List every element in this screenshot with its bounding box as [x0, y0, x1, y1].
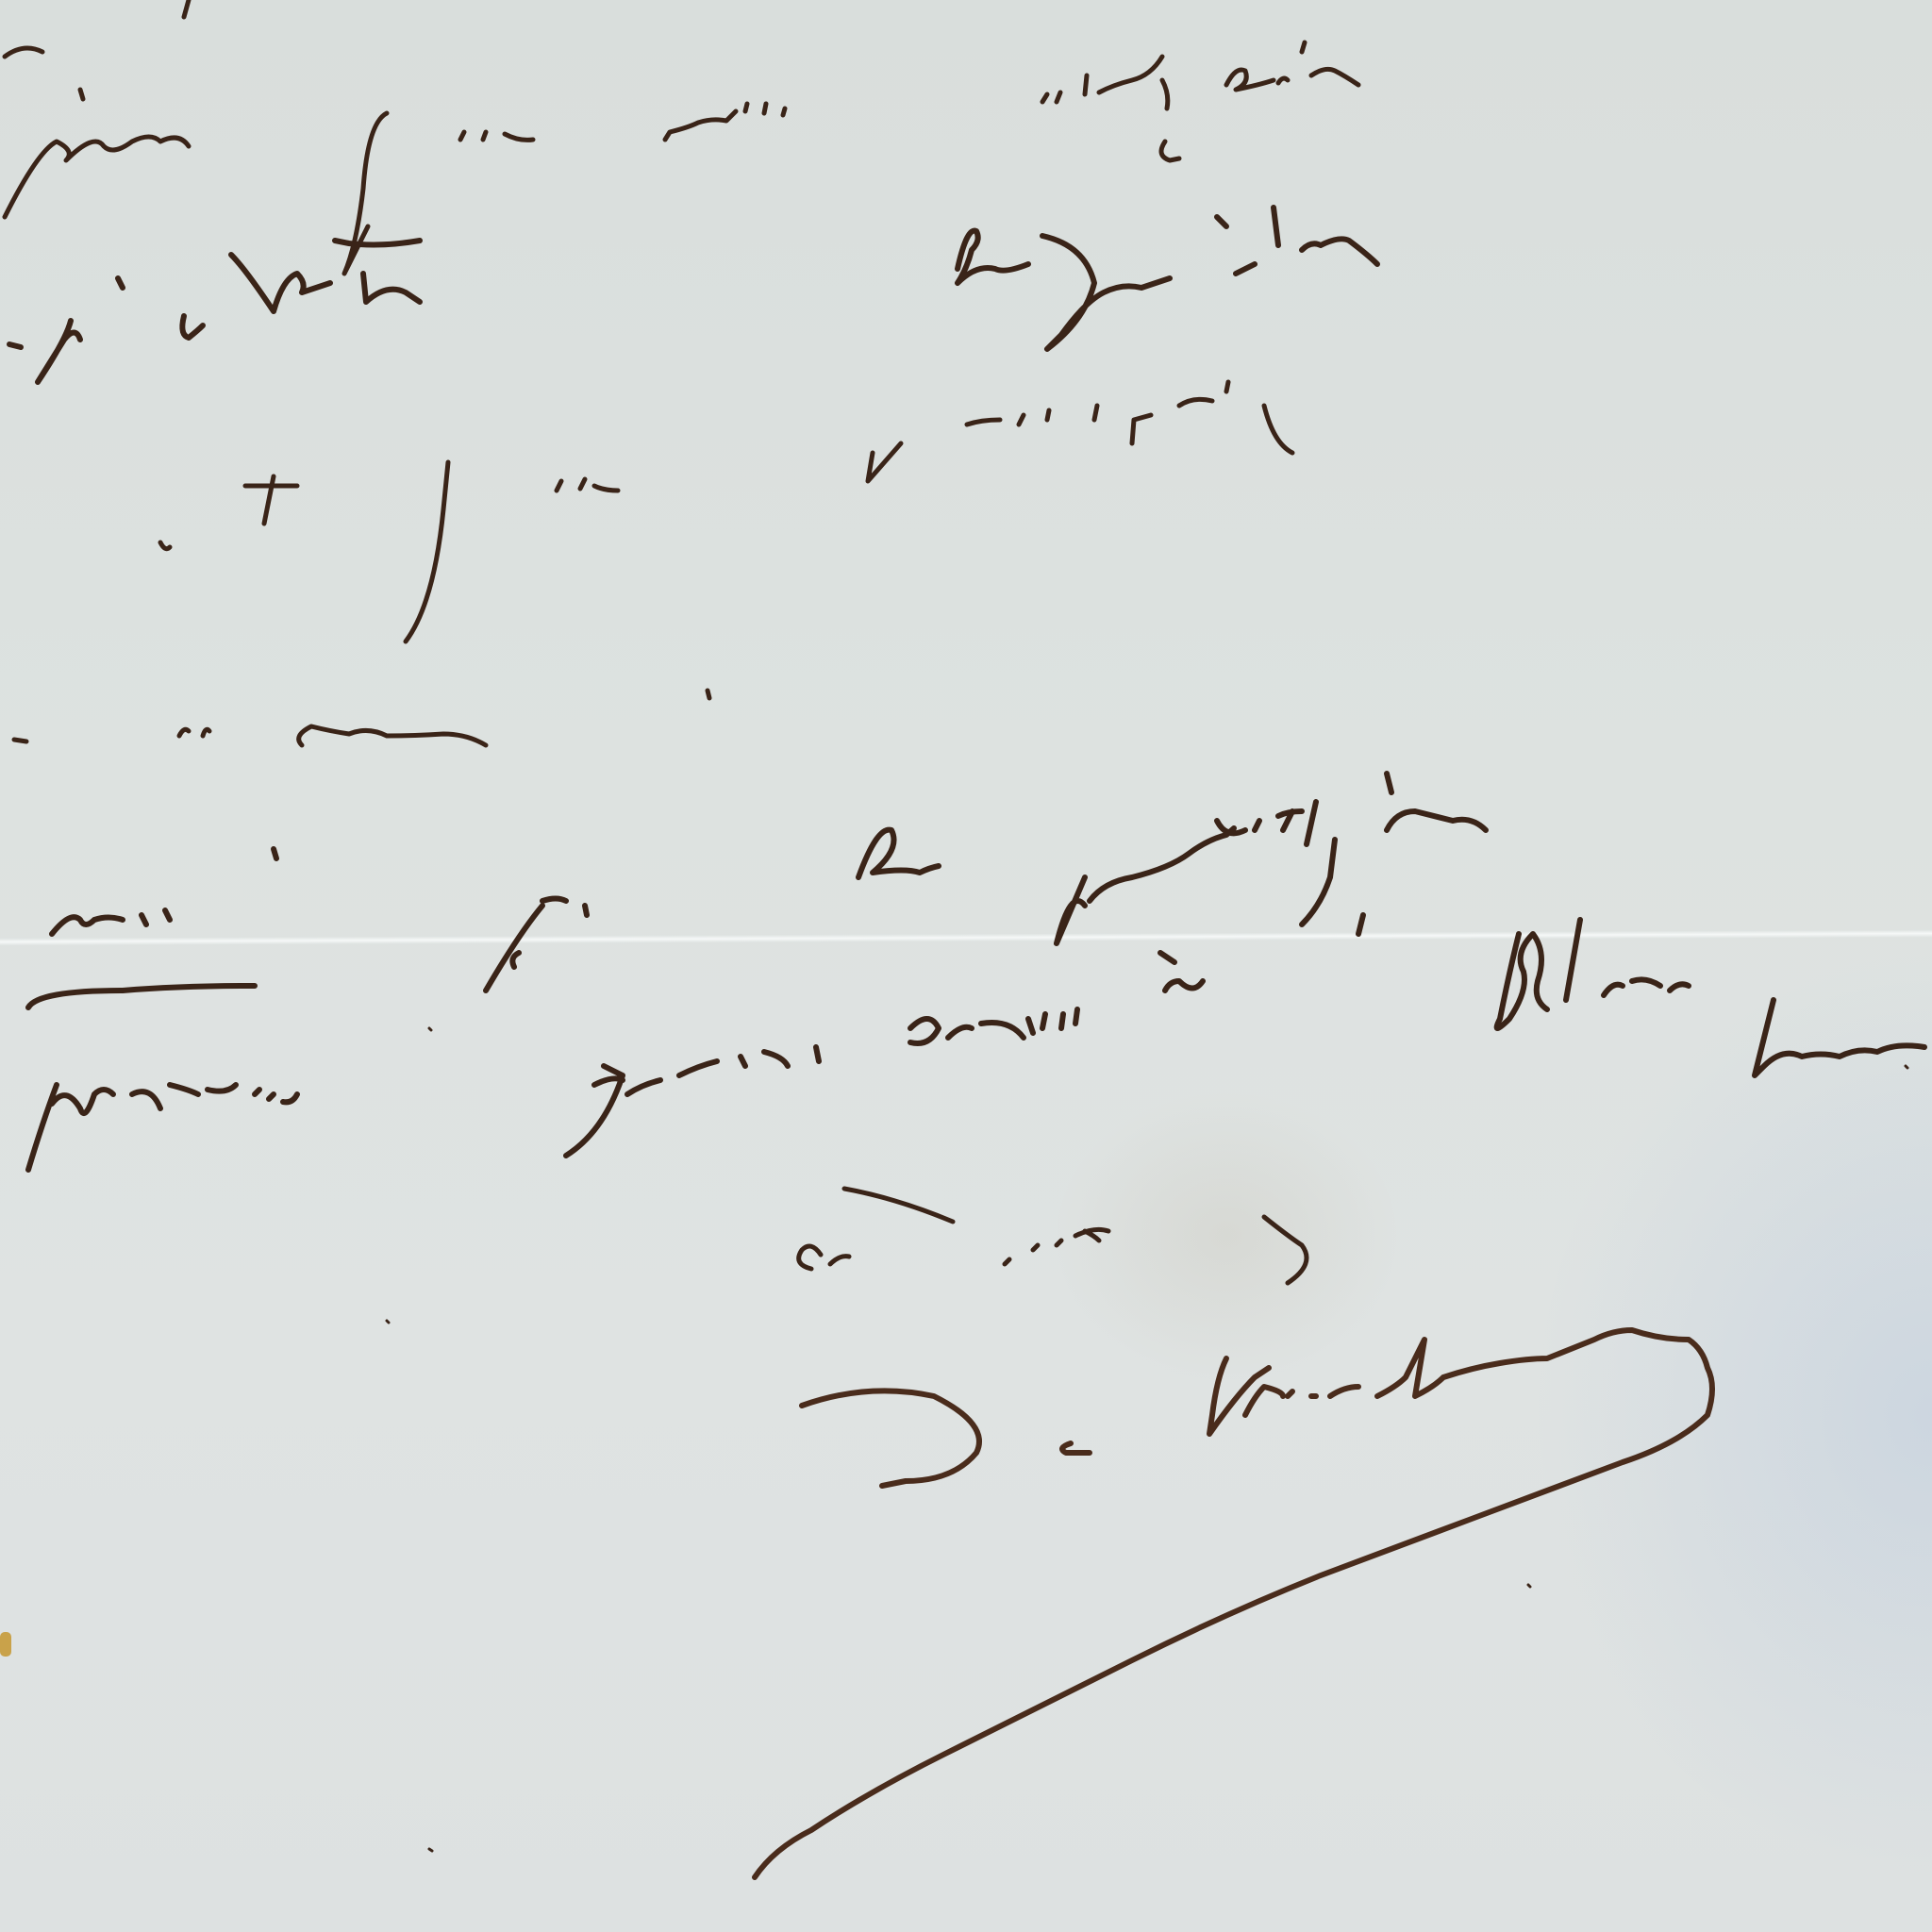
line-5-strokes: [28, 774, 1486, 1008]
line-3-strokes: [160, 382, 1292, 641]
line-2-strokes: [9, 208, 1377, 382]
letter-page: quin [je] m'en relevé rien de ... à votr…: [0, 0, 1932, 1932]
line-1-strokes: [5, 0, 1358, 274]
signature-strokes: [755, 1330, 1712, 1877]
line-4-strokes: [14, 691, 709, 745]
line-6-strokes: [28, 920, 1924, 1170]
handwriting-strokes: [0, 0, 1932, 1932]
line-7-strokes: [799, 1189, 1307, 1283]
